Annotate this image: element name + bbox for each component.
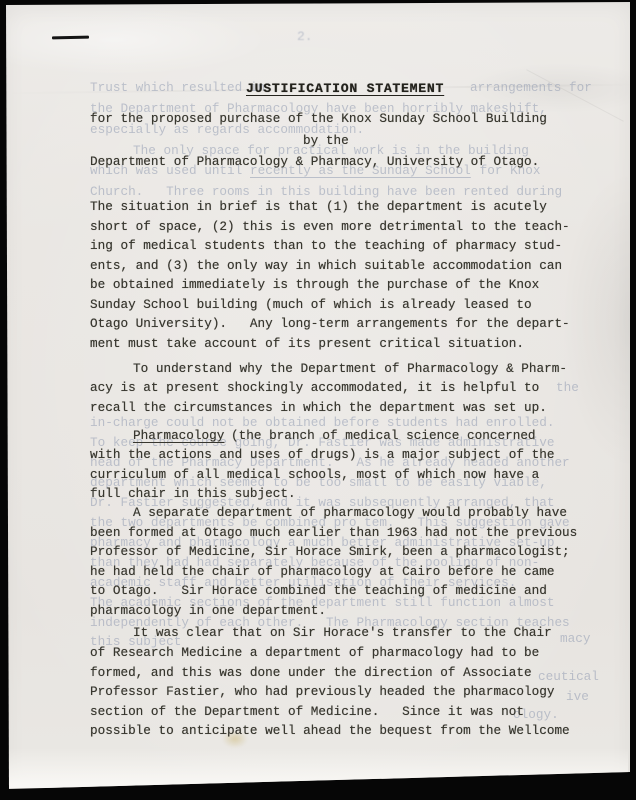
bleedthrough-text-line: Church. Three rooms in this building hav… (90, 186, 562, 199)
paper-edge-highlight (8, 748, 628, 788)
text-line: pharmacology in one department. (90, 605, 326, 618)
text-line: short of space, (2) this is even more de… (90, 221, 570, 234)
scanned-page: 2. Trust which resulted inarrangements f… (0, 0, 636, 800)
page-number: 2. (297, 29, 313, 44)
paper-sheet: 2. Trust which resulted inarrangements f… (0, 0, 636, 800)
bleedthrough-text-line: arrangements for (470, 82, 592, 95)
text-line: with the actions and uses of drugs) is a… (90, 449, 554, 462)
text-line: acy is at present shockingly accommodate… (90, 382, 539, 395)
text-line: (the branch of medical science concerned (231, 430, 536, 443)
handwritten-dash-mark (52, 36, 89, 40)
text-line: Professor Fastier, who had previously he… (90, 686, 554, 699)
text-line: JUSTIFICATION STATEMENT (246, 82, 444, 95)
text-line: ing of medical students than to the teac… (90, 240, 562, 253)
text-line: formed, and this was done under the dire… (90, 667, 532, 680)
text-line: for the proposed purchase of the Knox Su… (90, 113, 547, 126)
text-line: section of the Department of Medicine. S… (90, 706, 524, 719)
text-line: It was clear that on Sir Horace's transf… (133, 627, 552, 640)
text-line: be obtained immediately is through the p… (90, 279, 539, 292)
text-line: ents, and (3) the only way in which suit… (90, 260, 562, 273)
text-line: Department of Pharmacology & Pharmacy, U… (90, 156, 539, 169)
text-line: ment must take account of its present cr… (90, 338, 524, 351)
text-line: Otago University). Any long-term arrange… (90, 318, 570, 331)
text-line: A separate department of pharmacology wo… (133, 507, 567, 520)
text-line: recall the circumstances in which the de… (90, 402, 547, 415)
text-line: by the (303, 135, 349, 148)
text-line: possible to anticipate well ahead the be… (90, 725, 570, 738)
text-line: been formed at Otago much earlier than 1… (90, 527, 577, 540)
bleedthrough-text-line: ive (566, 691, 589, 704)
text-line: he had held the chair of pharmacology at… (90, 566, 554, 579)
text-line: Professor of Medicine, Sir Horace Smirk,… (90, 546, 570, 559)
text-line: To understand why the Department of Phar… (133, 363, 567, 376)
bleedthrough-text-line: macy (560, 633, 590, 646)
text-line: of Research Medicine a department of pha… (90, 647, 539, 660)
bleedthrough-text-line: Trust which resulted in (90, 82, 265, 95)
text-line: full chair in this subject. (90, 488, 296, 501)
bleedthrough-text-line: ceutical (538, 671, 599, 684)
text-line: Sunday School building (much of which is… (90, 299, 532, 312)
bleedthrough-text-line: the (556, 382, 579, 395)
text-line: Pharmacology (133, 430, 224, 443)
text-line: to Otago. Sir Horace combined the teachi… (90, 585, 547, 598)
text-line: The situation in brief is that (1) the d… (90, 201, 547, 214)
text-line: curriculum of all medical schools, most … (90, 469, 539, 482)
